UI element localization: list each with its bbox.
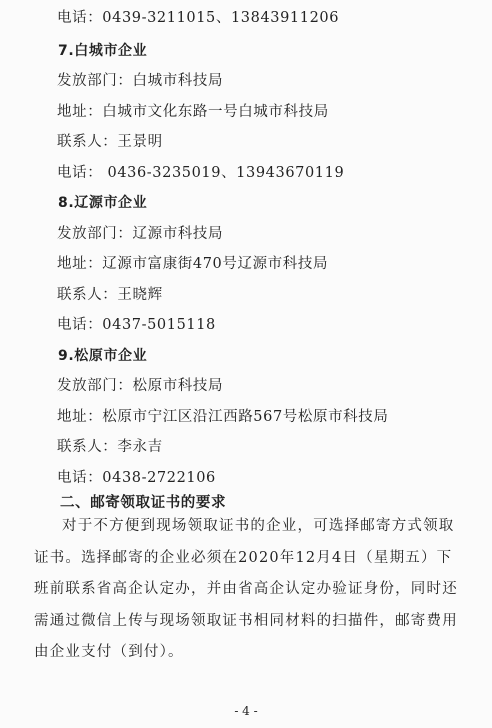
contact-line: 电话：0439-3211015、13843911206: [57, 9, 339, 27]
page-number: - 4 -: [0, 704, 492, 718]
contact-line: 联系人：王景明: [57, 133, 163, 151]
contact-line: 地址：松原市宁江区沿江西路567号松原市科技局: [57, 408, 388, 426]
contact-line: 地址：辽源市富康街470号辽源市科技局: [57, 255, 328, 273]
contact-line: 联系人：李永吉: [57, 438, 163, 456]
contact-line: 地址：白城市文化东路一号白城市科技局: [57, 103, 329, 121]
mailing-requirements-paragraph: 对于不方便到现场领取证书的企业，可选择邮寄方式领取证书。选择邮寄的企业必须在20…: [34, 511, 460, 669]
city-heading: 7.白城市企业: [58, 42, 147, 60]
contact-line: 发放部门：松原市科技局: [57, 377, 223, 395]
city-heading: 8.辽源市企业: [58, 194, 147, 212]
city-heading: 9.松原市企业: [58, 347, 147, 365]
contact-line: 电话：0437-5015118: [57, 316, 216, 334]
contact-line: 发放部门：辽源市科技局: [57, 225, 223, 243]
contact-line: 电话： 0436-3235019、13943670119: [57, 164, 344, 182]
section-heading: 二、邮寄领取证书的要求: [60, 491, 226, 512]
contact-line: 电话：0438-2722106: [57, 469, 216, 487]
contact-line: 发放部门：白城市科技局: [57, 72, 223, 90]
contact-line: 联系人：王晓辉: [57, 286, 163, 304]
